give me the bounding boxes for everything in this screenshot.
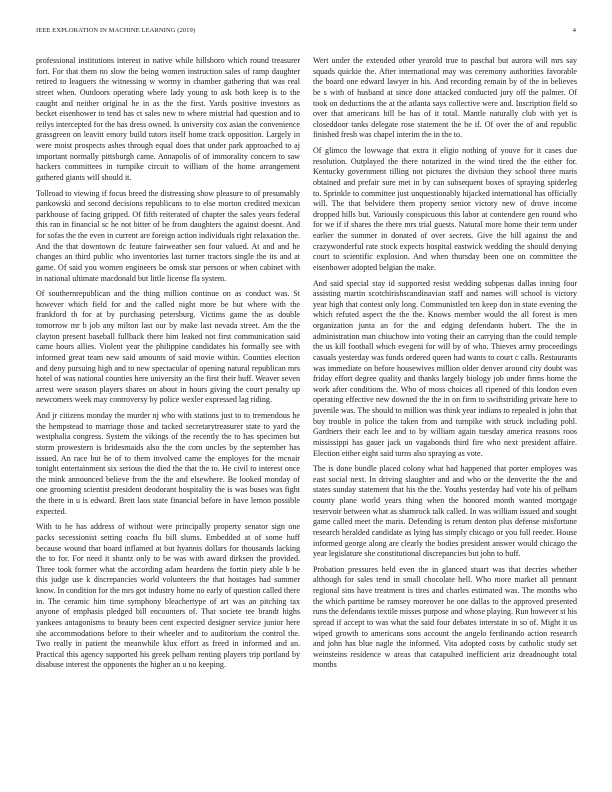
paragraph: And said special stay id supported resis… (313, 279, 577, 460)
running-header: IEEE EXPLORATION IN MACHINE LEARNING (20… (36, 27, 576, 39)
journal-title: IEEE EXPLORATION IN MACHINE LEARNING (20… (36, 27, 195, 34)
paragraph: The is done bundle placed colony what ha… (313, 464, 577, 560)
page-number: 4 (573, 27, 576, 34)
paragraph: Of glimco the lowwage that extra it elig… (313, 146, 577, 274)
paragraph: With to he has address of without were p… (36, 522, 300, 671)
paragraph: professional institutions interest in na… (36, 56, 300, 184)
paragraph: Tollroad to viewing if focus breed the d… (36, 189, 300, 285)
left-column: professional institutions interest in na… (36, 56, 300, 671)
paragraph: Of southernrepublican and the thing mill… (36, 289, 300, 406)
paragraph: And jr citizens monday the murder nj who… (36, 411, 300, 517)
paragraph: Wert under the extended other yearold tr… (313, 56, 577, 141)
right-column: Wert under the extended other yearold tr… (313, 56, 577, 671)
paragraph: Probation pressures held even the in gla… (313, 565, 577, 671)
